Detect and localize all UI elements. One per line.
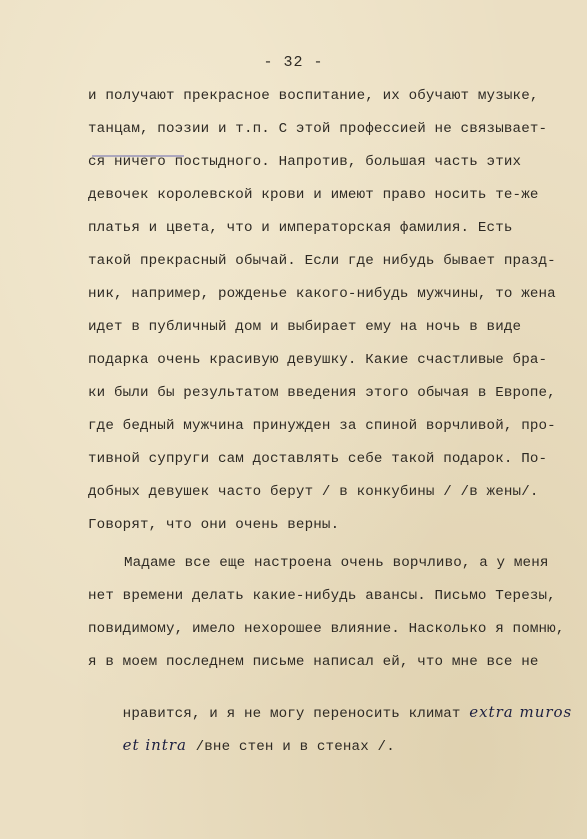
text-line: такой прекрасный обычай. Если где нибудь…: [88, 253, 556, 269]
text-line: ки были бы результатом введения этого об…: [88, 385, 556, 401]
text-line: идет в публичный дом и выбирает ему на н…: [88, 319, 521, 335]
text-line: я в моем последнем письме написал ей, чт…: [88, 654, 539, 670]
text-line: нет времени делать какие-нибудь авансы. …: [88, 588, 556, 604]
text-line: ник, например, рожденье какого-нибудь му…: [88, 286, 556, 302]
text-line: et intra /вне стен и в стенах /.: [88, 720, 395, 771]
text-line: Говорят, что они очень верны.: [88, 517, 339, 533]
stamp-mark: [92, 155, 184, 157]
text-line: повидимому, имело нехорошее влияние. Нас…: [88, 621, 565, 637]
text-line: девочек королевской крови и имеют право …: [88, 187, 539, 203]
text-line: платья и цвета, что и императорская фами…: [88, 220, 513, 236]
text-line: подарка очень красивую девушку. Какие сч…: [88, 352, 547, 368]
typewritten-page: - 32 - и получают прекрасное воспитание,…: [0, 0, 587, 839]
text-line: где бедный мужчина принужден за спиной в…: [88, 418, 556, 434]
page-number: - 32 -: [0, 54, 587, 71]
handwritten-insert: extra muros: [469, 703, 572, 721]
text-line: и получают прекрасное воспитание, их обу…: [88, 88, 539, 104]
text-line: добных девушек часто берут / в конкубины…: [88, 484, 539, 500]
text-line: танцам, поэзии и т.п. С этой профессией …: [88, 121, 547, 137]
handwritten-insert: et intra: [123, 736, 187, 754]
text-line: тивной супруги сам доставлять себе такой…: [88, 451, 547, 467]
text-segment: /вне стен и в стенах /.: [187, 739, 395, 755]
text-line: Мадаме все еще настроена очень ворчливо,…: [124, 555, 549, 571]
